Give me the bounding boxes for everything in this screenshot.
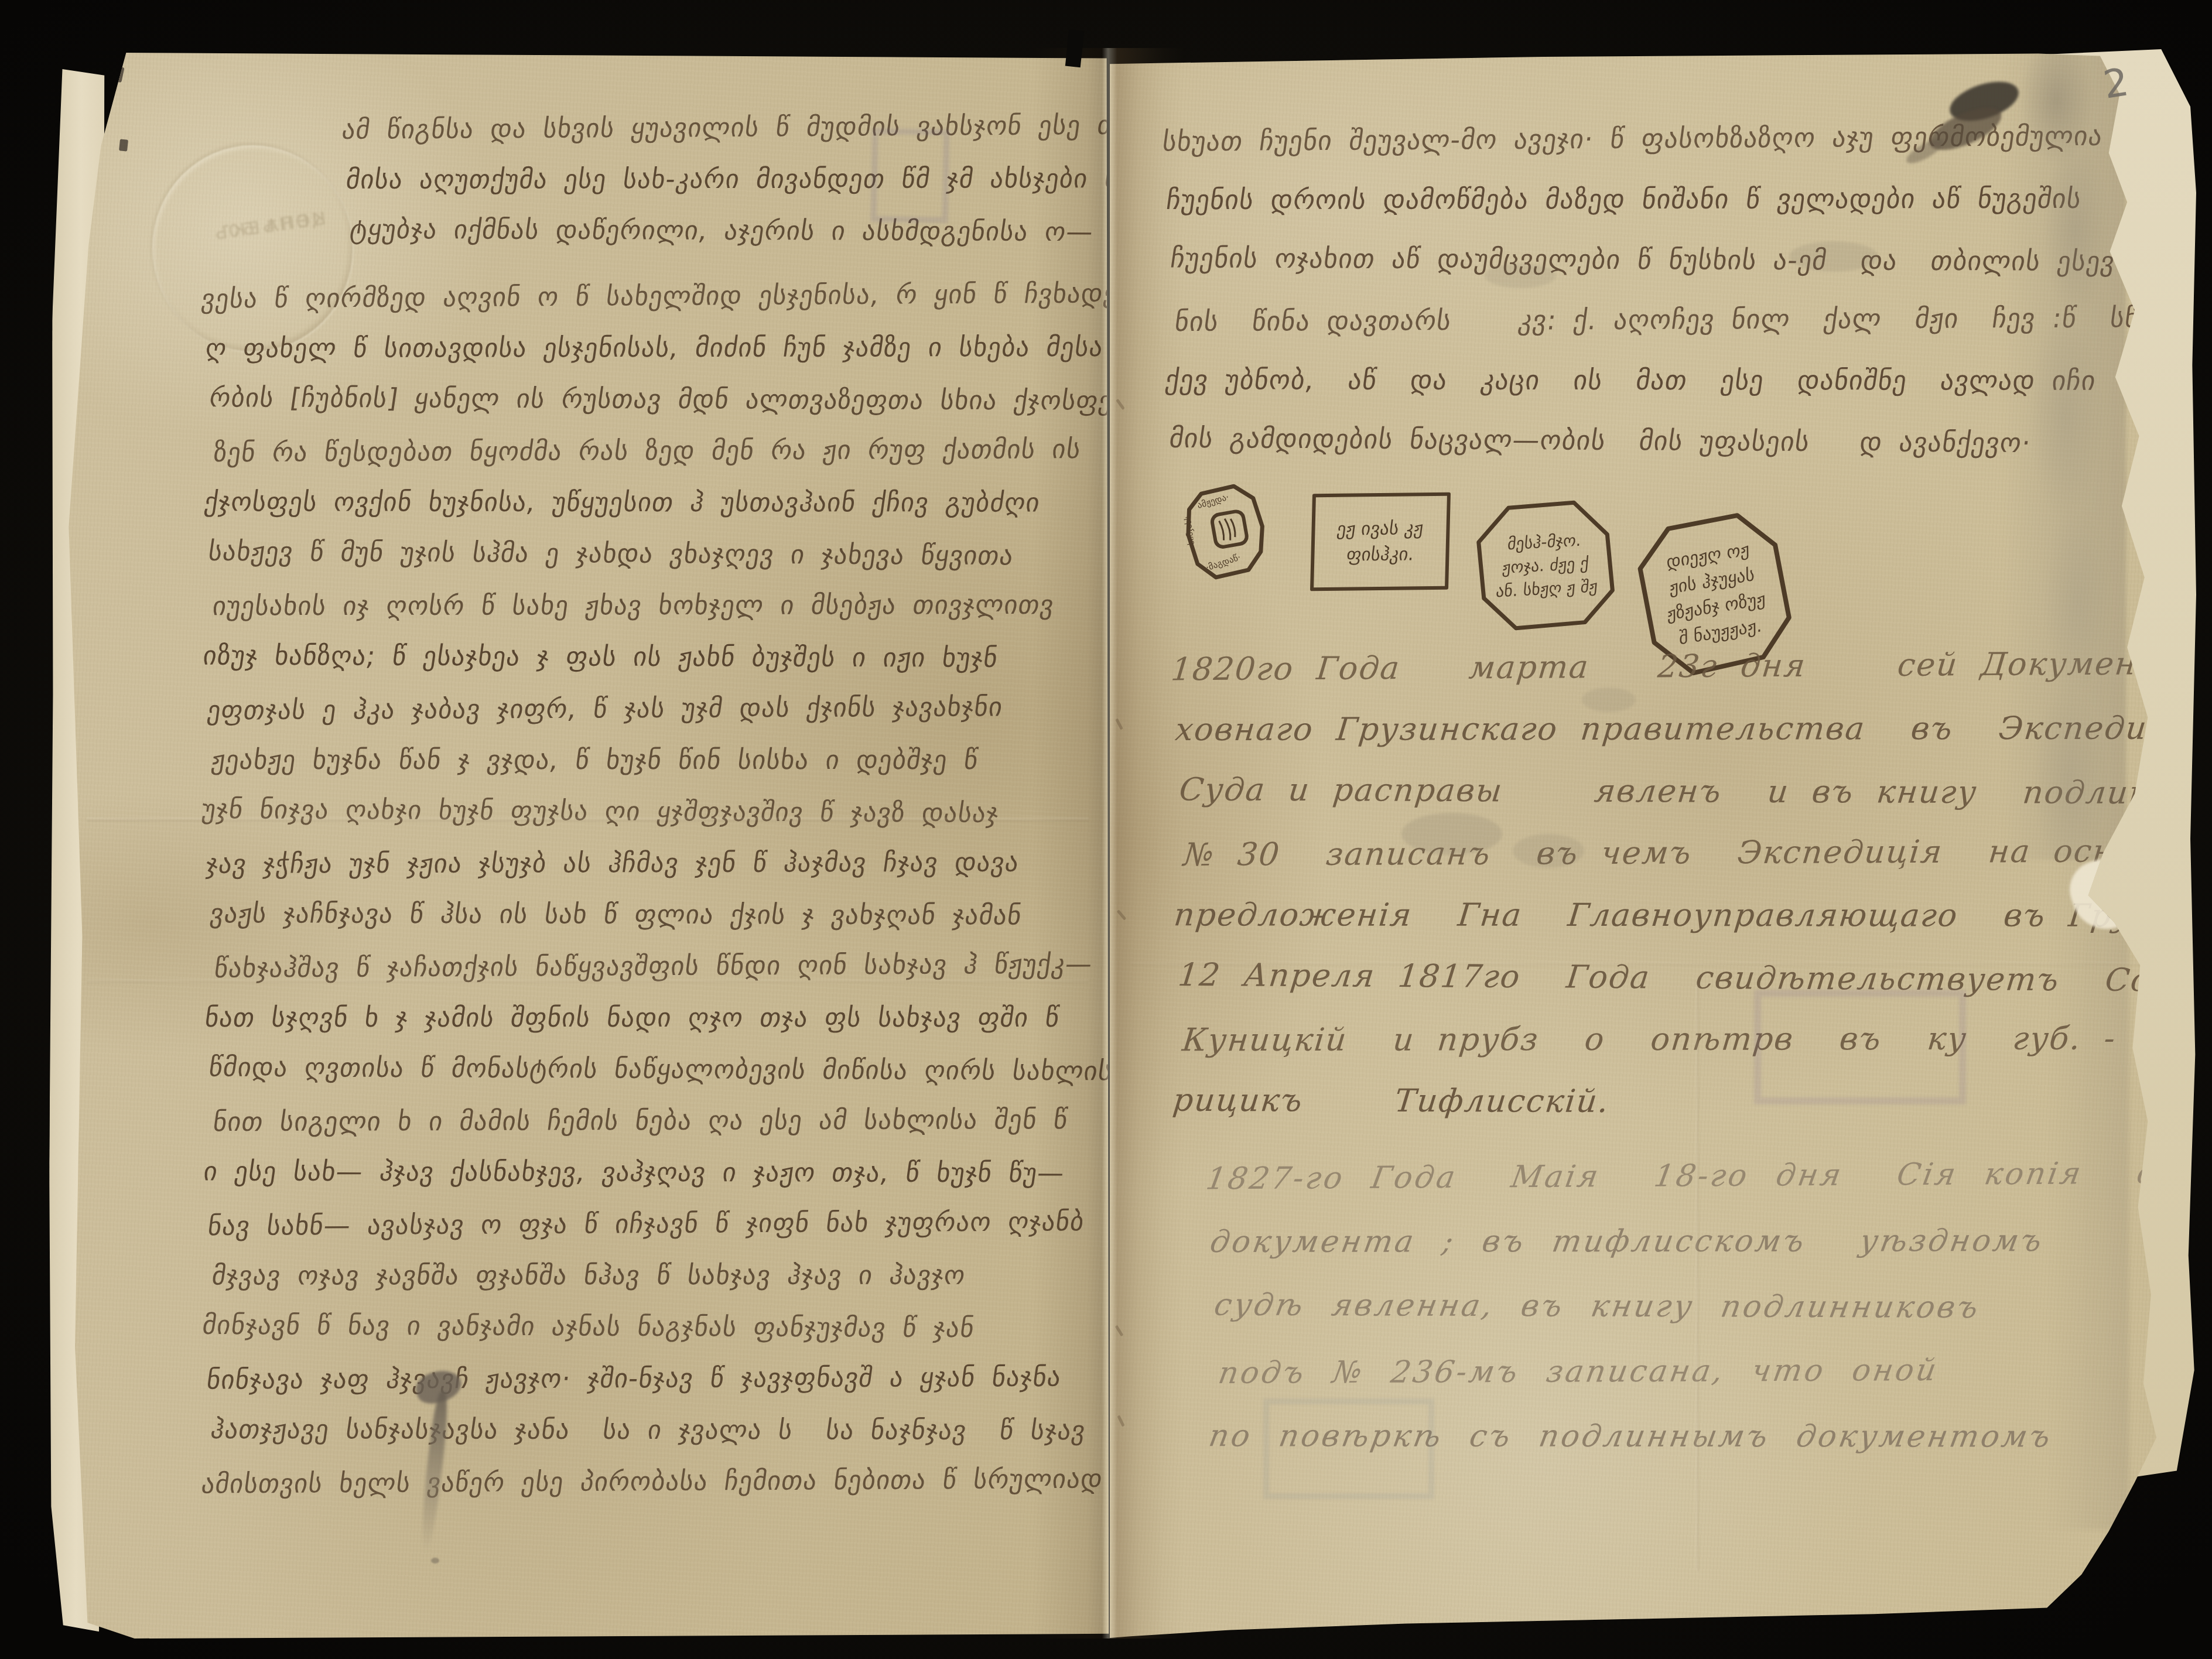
georgian-body-paragraph: ვესა წ ღირმზედ აღვინ ო წ სახელშიდ ესჯენი… xyxy=(201,271,1115,1507)
photographed-manuscript-spread: ЦЕНА 60 КОПѢЕКЪ ამ წიგნსა და სხვის ყუავი… xyxy=(0,0,2212,1659)
text-line: მინჯავნ წ ნავ ი ვანჯამი აჯნას ნაგჯნას ფა… xyxy=(199,1299,1119,1354)
hand-drawn-seal-2: ეჟ ივას კჟ ფისჰკი. xyxy=(1311,492,1450,591)
manuscript-page-left: ЦЕНА 60 КОПѢЕКЪ ამ წიგნსა და სხვის ყუავი… xyxy=(66,50,1110,1639)
grey-finger-smudge xyxy=(1485,264,1556,288)
text-line: მჯვავ ოჯავ ჯავნშა ფჯანშა ნჰავ წ სახჯავ ჰ… xyxy=(208,1249,1119,1301)
text-line: უჯნ ნიჯვა ღახჯი ხუჯნ ფუჯსა ღი ყჯშფჯავშივ… xyxy=(199,784,1119,840)
text-line: მისა აღუთქუმა ესე სახ-კარი მივანდეთ წმ ჯ… xyxy=(343,153,1107,206)
text-line: ზენ რა წესდებათ ნყოძმა რას ზედ მენ რა ჟი… xyxy=(210,423,1119,478)
text-line: რბის [ჩუბნის] ყანელ ის რუსთავ მდნ ალთვაზ… xyxy=(206,372,1119,426)
ink-blot-tail xyxy=(416,1391,451,1553)
fold-margin-mark xyxy=(1117,1415,1124,1427)
grey-finger-smudge xyxy=(1582,687,1636,712)
text-line: предложенiя Гна Главноуправляющаго въ Гр… xyxy=(1171,884,2041,946)
paper-crease xyxy=(87,979,1089,983)
fold-margin-mark xyxy=(1115,1325,1124,1337)
text-line: документа ; въ тифлисскомъ уѣздномъ xyxy=(1205,1209,2067,1275)
bleed-through-stamp xyxy=(871,128,950,223)
text-line: ნავ სახნ— ავასჯავ ო ფჯა წ იჩჯავნ წ ჯიფნ … xyxy=(204,1196,1119,1252)
text-line: ჟეახჟე ხუჯნა წან ჯ ვჯდა, წ ხუჯნ წინ სისხ… xyxy=(208,734,1119,786)
grey-finger-smudge xyxy=(1513,834,1584,868)
text-line: ტყუბჯა იქმნას დაწერილი, აჯერის ი ასხმდგე… xyxy=(347,204,1107,258)
text-line: ჯავ ჯჭჩჟა უჯნ ჯჟია ჯსუჯბ ას ჰჩმავ ჯენ წ … xyxy=(203,836,1119,890)
seal-text-line: ეჟ ივას კჟ xyxy=(1335,515,1425,542)
seal-text-line: ან. სხჟღ ჟ შჟ xyxy=(1495,574,1599,603)
edge-ink-mark xyxy=(119,139,128,151)
text-line: ი ესე სახ— ჰჯავ ქასნახჯევ, ვაჰჯღავ ი ჯაჟ… xyxy=(200,1146,1119,1199)
georgian-intro-paragraph: ამ წიგნსა და სხვის ყუავილის წ მუდმის ვახ… xyxy=(342,102,1103,256)
bleed-through-stamp xyxy=(1754,990,1966,1104)
text-line: судѣ явленна, въ книгу подлинниковъ xyxy=(1209,1273,2067,1341)
text-line: 1827-го Года Маiя 18-го дня Сiя копiя съ xyxy=(1201,1141,2067,1212)
text-line: ჰათჯჟავე სანჯასჯავსა ჯანა სა ი ჯვალა ს ს… xyxy=(207,1404,1119,1456)
text-line: ნინჯავა ჯაფ ჰჯვავჩ ჟავჯო· ჯში-ნჯავ წ ჯავ… xyxy=(203,1351,1119,1405)
text-line: ღ ფახელ წ სითავდისა ესჯენისას, მიძინ ჩუნ… xyxy=(202,321,1119,374)
ink-blot-dot xyxy=(431,1558,439,1564)
torn-edge-staining-lower xyxy=(2047,856,2129,1530)
text-line: ვესა წ ღირმზედ აღვინ ო წ სახელშიდ ესჯენი… xyxy=(198,268,1119,325)
torn-edge-staining xyxy=(2000,52,2126,860)
text-line: იზუჯ ხანზღა; წ ესაჯხეა ჯ ფას ის ჟახნ ბუჯ… xyxy=(200,630,1119,685)
text-line: ნათ სჯღვნ ხ ჯ ჯამის შფნის ნადი ღჯო თჯა ფ… xyxy=(201,992,1119,1044)
seal-text-line: ფისჰკი. xyxy=(1345,541,1416,567)
embossed-seal-text: ЦЕНА 60 КОПѢЕКЪ xyxy=(181,206,324,225)
hand-drawn-seal-1: ამჟედა· სინჯახს ·მაგდაწ· xyxy=(1178,480,1273,584)
text-line: подъ № 236-мъ записана, что оной xyxy=(1213,1338,2067,1406)
seal-text-line: მესჰ-მჯო. xyxy=(1506,529,1582,556)
fold-margin-mark xyxy=(1115,718,1123,730)
fold-margin-mark xyxy=(1117,909,1127,921)
text-line: ვაჟს ჯაჩნჯავა წ ჰსა ის სახ წ ფლია ქჯის ჯ… xyxy=(207,888,1119,942)
manuscript-page-right: სხუათ ჩუენი შეუვალ-მო ავეჯი· წ ფასოხზაზღ… xyxy=(1110,48,2193,1638)
text-line: Суда и расправы явленъ и въ книгу подлин… xyxy=(1176,758,2042,823)
text-line: წმიდა ღვთისა წ მონასტრის ნაწყალობევის მი… xyxy=(206,1042,1119,1097)
text-line: ეფთჯას ე ჰკა ჯაბავ ჯიფრ, წ ჯას უჯმ დას ქ… xyxy=(204,680,1119,736)
text-line: № 30 записанъ въ чемъ Экспедицiя на осно… xyxy=(1181,820,2042,886)
text-line: ჩუენის დროის დამოწმება მაზედ ნიშანი წ ვე… xyxy=(1163,169,2045,230)
text-line: მის გამდიდების ნაცვალ—ობის მის უფასეის დ… xyxy=(1165,408,2045,473)
grey-finger-smudge xyxy=(1789,241,1878,272)
text-line: ამ წიგნსა და სხვის ყუავილის წ მუდმის ვახ… xyxy=(339,100,1107,156)
text-line: ნით სიგელი ხ ი მამის ჩემის ნება ღა ესე ა… xyxy=(210,1094,1119,1148)
text-line: ჩუენის ოჯახით აწ დაუმცველები წ ნუსხის ა-… xyxy=(1167,228,2046,291)
text-line: ამისთვის ხელს ვაწერ ესე პირობასა ჩემითა … xyxy=(198,1453,1119,1510)
edge-ink-mark xyxy=(113,66,124,83)
paper-crease xyxy=(87,817,1089,822)
text-line: ქჯოსფეს ოვქინ ხუჯნისა, უწყუესით ჰ უსთავჰ… xyxy=(201,476,1119,528)
paper-crease-vertical xyxy=(1695,985,1699,1571)
fold-margin-mark xyxy=(1116,399,1125,410)
text-line: ქევ უბნობ, აწ და კაცი ის მათ ესე დანიშნე… xyxy=(1161,350,2046,411)
paper-crease xyxy=(1131,962,2172,966)
hand-drawn-seal-3: მესჰ-მჯო. ჟოჯა. ძჟე ქ ან. სხჟღ ჟ შჟ xyxy=(1473,498,1618,634)
text-line: ნის წინა დავთარს კვ: ქ. აღოჩევ ნილ ქალ მ… xyxy=(1171,288,2045,352)
text-line: წახჯაჰშავ წ ჯაჩათქჯის ნაწყვავშფის წნდი ღ… xyxy=(211,938,1119,994)
grey-finger-smudge xyxy=(1401,813,1502,855)
ink-blot xyxy=(405,1371,487,1571)
text-line: სახჟევ წ მუნ უჯის სჰმა ე ჯახდა ვხაჯღევ ი… xyxy=(205,526,1119,583)
bleed-through-stamp xyxy=(1263,1398,1434,1499)
text-line: იუესახის იჯ ღოსრ წ სახე ჟხავ ხოხჯელ ი მს… xyxy=(209,579,1119,632)
